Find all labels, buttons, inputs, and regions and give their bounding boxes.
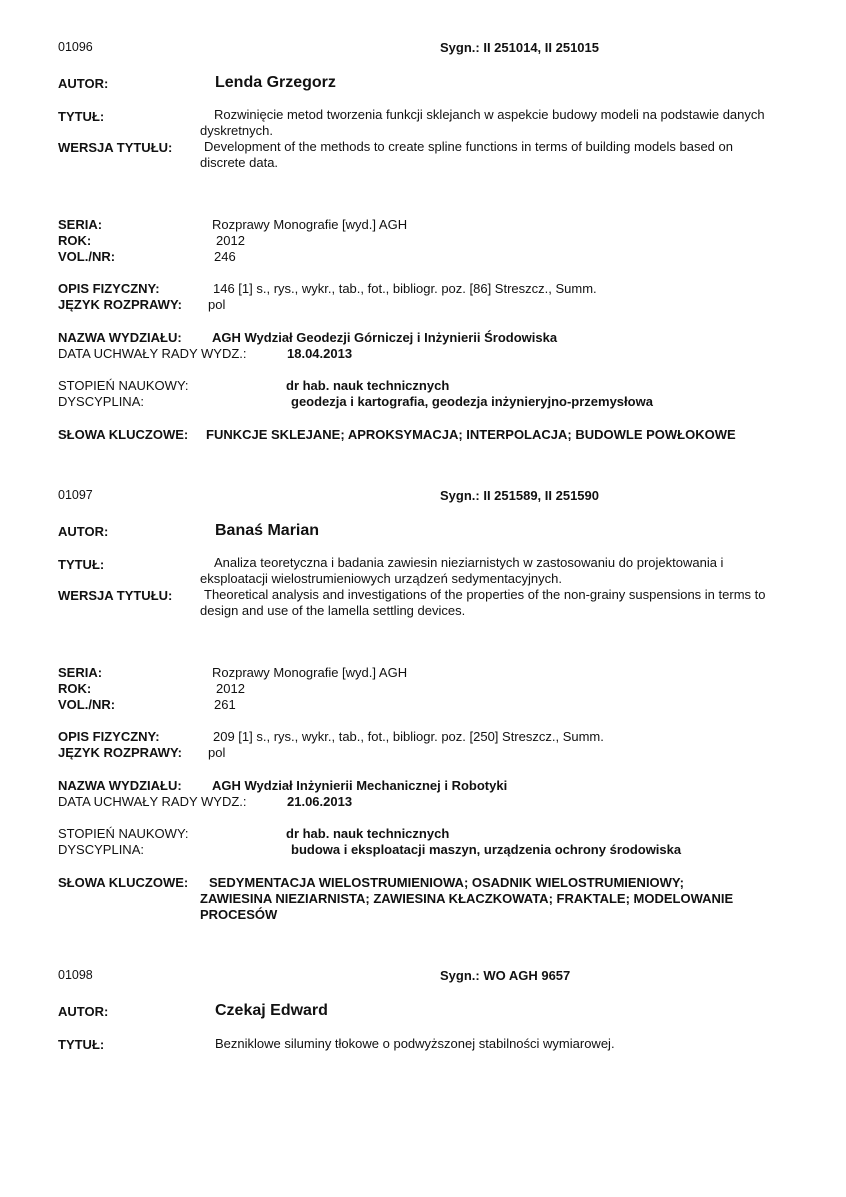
label-series: SERIA: — [58, 217, 102, 232]
keywords-line-3: PROCESÓW — [200, 907, 277, 922]
label-discipline: DYSCYPLINA: — [58, 394, 144, 409]
label-author: AUTOR: — [58, 76, 108, 91]
label-discipline: DYSCYPLINA: — [58, 842, 144, 857]
label-year: ROK: — [58, 681, 91, 696]
signature: Sygn.: II 251014, II 251015 — [440, 40, 599, 55]
series: Rozprawy Monografie [wyd.] AGH — [212, 665, 407, 680]
title: Bezniklowe siluminy tłokowe o podwyższon… — [215, 1036, 615, 1051]
label-faculty: NAZWA WYDZIAŁU: — [58, 778, 182, 793]
physical-description: 146 [1] s., rys., wykr., tab., fot., bib… — [213, 281, 597, 296]
label-physical-description: OPIS FIZYCZNY: — [58, 281, 160, 296]
discipline: geodezja i kartografia, geodezja inżynie… — [291, 394, 653, 409]
label-title-version: WERSJA TYTUŁU: — [58, 140, 172, 155]
keywords-line-2: ZAWIESINA NIEZIARNISTA; ZAWIESINA KŁACZK… — [200, 891, 733, 906]
record-id: 01097 — [58, 488, 93, 502]
resolution-date: 18.04.2013 — [287, 346, 352, 361]
signature: Sygn.: WO AGH 9657 — [440, 968, 570, 983]
label-keywords: SŁOWA KLUCZOWE: — [58, 875, 188, 890]
physical-description: 209 [1] s., rys., wykr., tab., fot., bib… — [213, 729, 604, 744]
label-resolution-date: DATA UCHWAŁY RADY WYDZ.: — [58, 346, 247, 361]
label-title-version: WERSJA TYTUŁU: — [58, 588, 172, 603]
label-year: ROK: — [58, 233, 91, 248]
keywords-line-1: SEDYMENTACJA WIELOSTRUMIENIOWA; OSADNIK … — [209, 875, 684, 890]
faculty: AGH Wydział Geodezji Górniczej i Inżynie… — [212, 330, 557, 345]
series: Rozprawy Monografie [wyd.] AGH — [212, 217, 407, 232]
title: Analiza teoretyczna i badania zawiesin n… — [200, 555, 780, 587]
degree: dr hab. nauk technicznych — [286, 378, 449, 393]
signature: Sygn.: II 251589, II 251590 — [440, 488, 599, 503]
faculty: AGH Wydział Inżynierii Mechanicznej i Ro… — [212, 778, 507, 793]
label-faculty: NAZWA WYDZIAŁU: — [58, 330, 182, 345]
label-resolution-date: DATA UCHWAŁY RADY WYDZ.: — [58, 794, 247, 809]
author-name: Lenda Grzegorz — [215, 74, 336, 92]
label-keywords: SŁOWA KLUCZOWE: — [58, 427, 188, 442]
author-name: Banaś Marian — [215, 522, 319, 540]
language: pol — [208, 745, 225, 760]
label-language: JĘZYK ROZPRAWY: — [58, 297, 182, 312]
label-title: TYTUŁ: — [58, 557, 104, 572]
title-version: Theoretical analysis and investigations … — [200, 587, 770, 619]
year: 2012 — [216, 681, 245, 696]
label-language: JĘZYK ROZPRAWY: — [58, 745, 182, 760]
keywords: FUNKCJE SKLEJANE; APROKSYMACJA; INTERPOL… — [206, 427, 736, 442]
author-name: Czekaj Edward — [215, 1002, 328, 1020]
year: 2012 — [216, 233, 245, 248]
label-series: SERIA: — [58, 665, 102, 680]
language: pol — [208, 297, 225, 312]
label-degree: STOPIEŃ NAUKOWY: — [58, 378, 189, 393]
label-physical-description: OPIS FIZYCZNY: — [58, 729, 160, 744]
label-title: TYTUŁ: — [58, 1037, 104, 1052]
label-volume: VOL./NR: — [58, 249, 115, 264]
resolution-date: 21.06.2013 — [287, 794, 352, 809]
record-id: 01096 — [58, 40, 93, 54]
label-author: AUTOR: — [58, 524, 108, 539]
volume: 246 — [214, 249, 236, 264]
title: Rozwinięcie metod tworzenia funkcji skle… — [200, 107, 780, 139]
discipline: budowa i eksploatacji maszyn, urządzenia… — [291, 842, 681, 857]
title-version: Development of the methods to create spl… — [200, 139, 780, 171]
record-id: 01098 — [58, 968, 93, 982]
label-title: TYTUŁ: — [58, 109, 104, 124]
label-degree: STOPIEŃ NAUKOWY: — [58, 826, 189, 841]
degree: dr hab. nauk technicznych — [286, 826, 449, 841]
volume: 261 — [214, 697, 236, 712]
label-volume: VOL./NR: — [58, 697, 115, 712]
label-author: AUTOR: — [58, 1004, 108, 1019]
